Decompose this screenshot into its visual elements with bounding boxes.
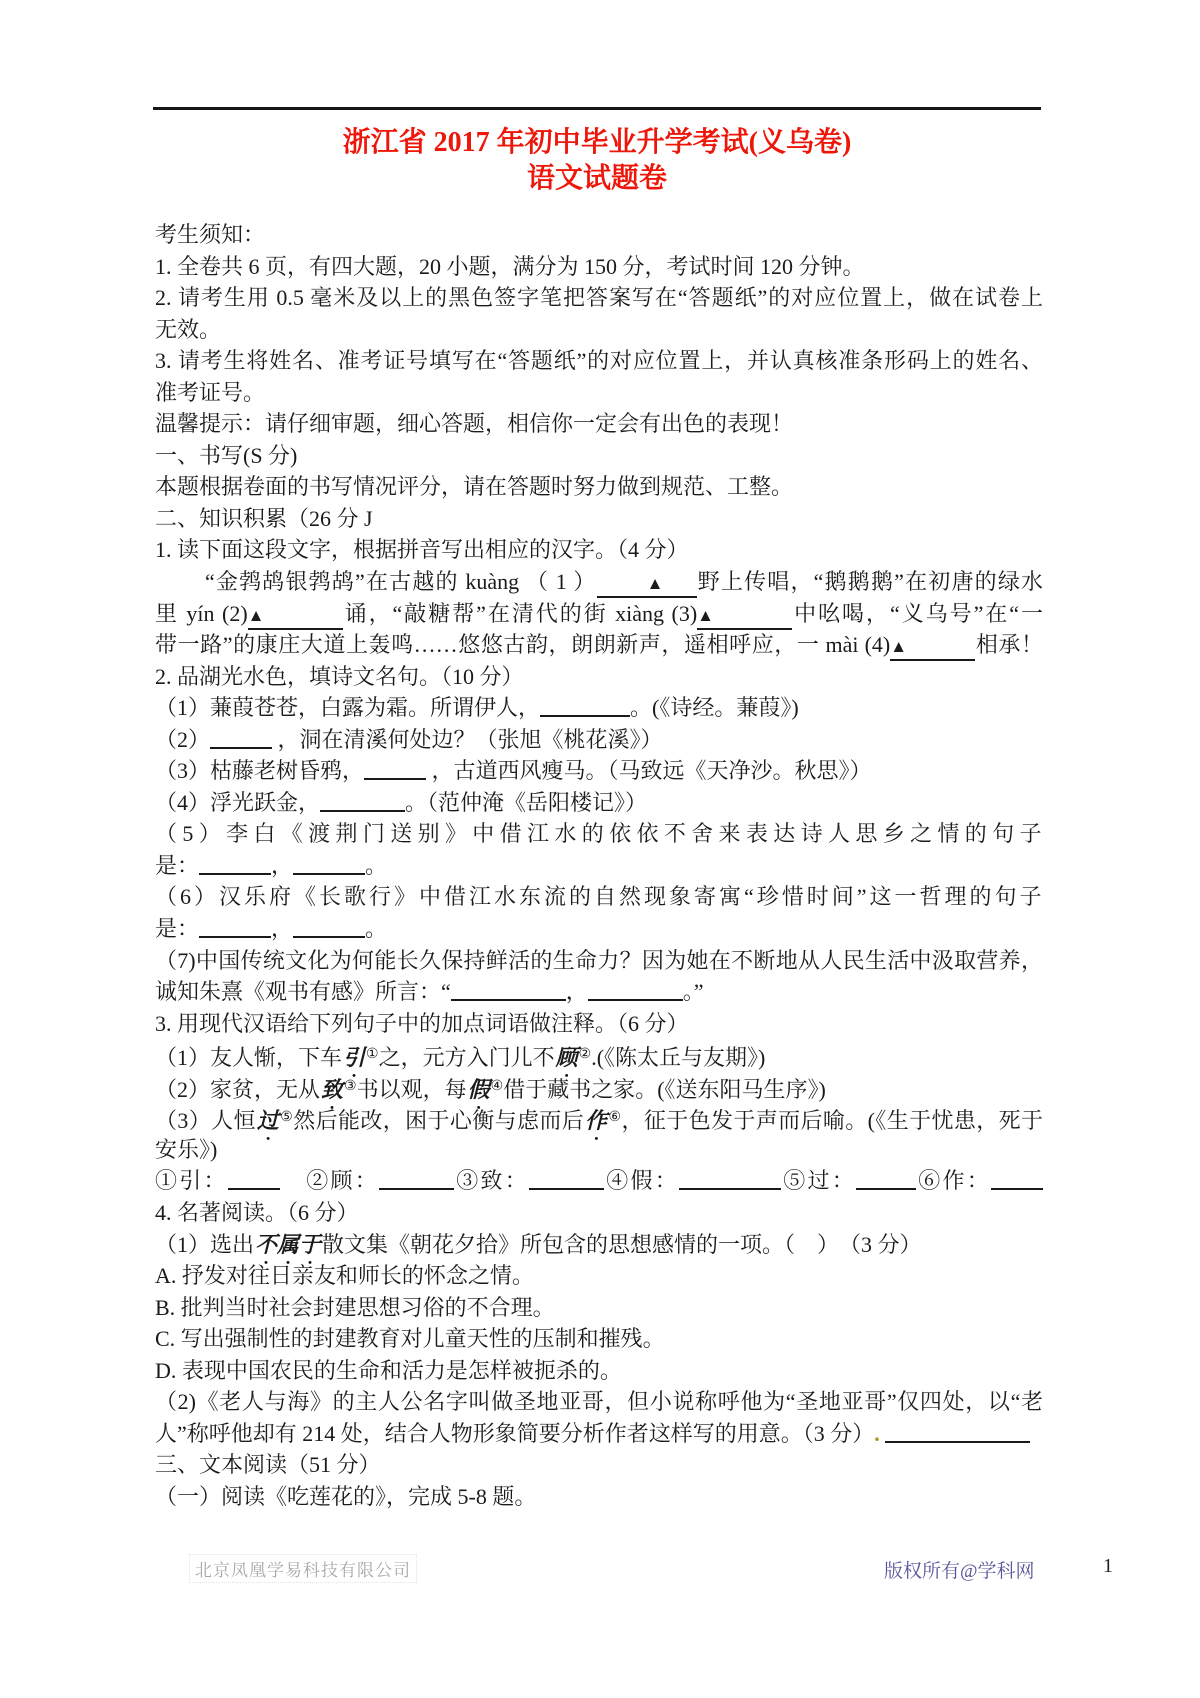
text-line: 1. 读下面这段文字，根据拼音写出相应的汉字。（4 分） <box>155 534 1043 566</box>
text-run: 无效。 <box>155 317 221 342</box>
text-run: 诵，“敲糖帮”在清代的街 xiàng (3) <box>343 601 698 626</box>
text-run: 1. 读下面这段文字，根据拼音写出相应的汉字。（4 分） <box>155 537 689 562</box>
text-run: 准考证号。 <box>155 380 265 405</box>
text-line: （3）枯藤老树昏鸦， ，古道西风瘦马。（马致远《天净沙。秋思》） <box>155 755 1043 787</box>
answer-blank <box>199 855 271 875</box>
text-run: ①引： <box>155 1168 228 1193</box>
page-number: 1 <box>1103 1555 1113 1578</box>
annotation-number: ⑥ <box>609 1110 622 1125</box>
text-run: ④假： <box>604 1168 679 1193</box>
answer-blank <box>856 1170 916 1190</box>
text-run: ， <box>271 916 293 941</box>
answer-blank <box>228 1170 280 1190</box>
text-line: （5）李白《渡荆门送别》中借江水的依依不舍来表达诗人思乡之情的句子 <box>155 818 1043 850</box>
copyright-watermark: 版权所有@学科网 <box>884 1556 1035 1583</box>
text-line: （1）选出不属于散文集《朝花夕拾》所包含的思想感情的一项。（ ） （3 分） <box>155 1229 1043 1261</box>
text-run: （一）阅读《吃莲花的》，完成 5-8 题。 <box>155 1484 536 1509</box>
text-run: 散文集《朝花夕拾》所包含的思想感情的一项。（ ） （3 分） <box>322 1232 922 1257</box>
text-run: （1）友人惭，下车 <box>155 1045 342 1070</box>
text-run: ，洞在清溪何处边？（张旭《桃花溪》） <box>272 727 663 752</box>
text-run: ②顾： <box>280 1168 379 1193</box>
emphasized-word: 作 <box>584 1108 608 1133</box>
text-line: （一）阅读《吃莲花的》，完成 5-8 题。 <box>155 1481 1043 1513</box>
annotation-number: ① <box>366 1047 379 1062</box>
text-line: “金鹁鸪银鹁鸪”在古越的 kuàng （ 1 ）▲野上传唱，“鹅鹅鹅”在初唐的绿… <box>155 566 1043 598</box>
text-run: 温馨提示：请仔细审题，细心答题，相信你一定会有出色的表现！ <box>155 411 793 436</box>
text-line: 温馨提示：请仔细审题，细心答题，相信你一定会有出色的表现！ <box>155 408 1043 440</box>
emphasized-word: 致 <box>320 1077 344 1102</box>
text-run: （1）蒹葭苍苍，白露为霜。所谓伊人， <box>155 695 540 720</box>
answer-blank <box>991 1170 1043 1190</box>
text-line: （7)中国传统文化为何能长久保持鲜活的生命力？因为她在不断地从人民生活中汲取营养… <box>155 945 1043 977</box>
text-line: 二、知识积累（26 分 J <box>155 503 1043 535</box>
text-line: 无效。 <box>155 314 1043 346</box>
text-run: 考生须知： <box>155 222 265 247</box>
annotation-number: ③ <box>344 1079 357 1094</box>
text-line: （3）人恒过⑤然后能改，困于心衡与虑而后作⑥，征于色发于声而后喻。(《生于忧患，… <box>155 1102 1043 1134</box>
text-run: ③致： <box>454 1168 529 1193</box>
text-run: C. 写出强制性的封建教育对儿童天性的压制和摧残。 <box>155 1326 665 1351</box>
text-line: 本题根据卷面的书写情况评分，请在答题时努力做到规范、工整。 <box>155 471 1043 503</box>
text-run: 借于藏书之家。(《送东阳马生序》) <box>503 1077 826 1102</box>
text-run: （6）汉乐府《长歌行》中借江水东流的自然现象寄寓“珍惜时间”这一哲理的句子 <box>155 884 1043 909</box>
text-run: 书以观，每 <box>357 1077 467 1102</box>
stray-mark: . <box>874 1421 885 1446</box>
emphasized-word: 过 <box>256 1108 280 1133</box>
answer-blank <box>320 792 405 812</box>
text-run: 之，元方入门儿不 <box>379 1045 555 1070</box>
text-run: （3）人恒 <box>155 1108 256 1133</box>
text-run: A. 抒发对往日亲友和师长的怀念之情。 <box>155 1263 534 1288</box>
answer-blank <box>588 981 683 1001</box>
text-line: 2. 请考生用 0.5 毫米及以上的黑色签字笔把答案写在“答题纸”的对应位置上，… <box>155 282 1043 314</box>
text-line: 1. 全卷共 6 页，有四大题，20 小题，满分为 150 分，考试时间 120… <box>155 251 1043 283</box>
text-line: （1）蒹葭苍苍，白露为霜。所谓伊人，。(《诗经。蒹葭》) <box>155 692 1043 724</box>
exam-paper-page: 浙江省 2017 年初中毕业升学考试(义乌卷) 语文试题卷 考生须知：1. 全卷… <box>0 0 1200 1698</box>
text-run: （4）浮光跃金， <box>155 790 320 815</box>
text-run: 一、书写(S 分) <box>155 443 297 468</box>
text-run: （3）枯藤老树昏鸦， <box>155 758 364 783</box>
annotation-number: ⑤ <box>280 1110 293 1125</box>
text-line: 里 yín (2)▲诵，“敲糖帮”在清代的街 xiàng (3)▲中吆喝，“义乌… <box>155 598 1043 630</box>
text-line: （2）家贫，无从致③书以观，每假④借于藏书之家。(《送东阳马生序》) <box>155 1071 1043 1103</box>
answer-blank <box>451 981 566 1001</box>
text-run: 本题根据卷面的书写情况评分，请在答题时努力做到规范、工整。 <box>155 474 793 499</box>
text-line: 人”称呼他却有 214 处，结合人物形象简要分析作者这样写的用意。（3 分）. <box>155 1418 1043 1450</box>
text-run: 3. 用现代汉语给下列句子中的加点词语做注释。（6 分） <box>155 1011 689 1036</box>
answer-blank: ▲ <box>597 571 697 598</box>
answer-blank: ▲ <box>697 603 792 630</box>
text-line: 考生须知： <box>155 219 1043 251</box>
text-run: 。 <box>365 916 387 941</box>
text-run: 3. 请考生将姓名、准考证号填写在“答题纸”的对应位置上，并认真核准条形码上的姓… <box>155 348 1043 373</box>
text-run: D. 表现中国农民的生命和活力是怎样被扼杀的。 <box>155 1358 622 1383</box>
exam-body-text: 考生须知：1. 全卷共 6 页，有四大题，20 小题，满分为 150 分，考试时… <box>155 219 1043 1512</box>
text-run: 带一路”的康庄大道上轰鸣……悠悠古韵，朗朗新声，遥相呼应，一 mài (4) <box>155 632 890 657</box>
publisher-watermark: 北京凤凰学易科技有限公司 <box>189 1554 417 1583</box>
annotation-number: ② <box>579 1047 592 1062</box>
text-line: （2)《老人与海》的主人公名字叫做圣地亚哥，但小说称呼他为“圣地亚哥”仅四处，以… <box>155 1386 1043 1418</box>
text-run: （5）李白《渡荆门送别》中借江水的依依不舍来表达诗人思乡之情的句子 <box>155 821 1043 846</box>
text-line: 带一路”的康庄大道上轰鸣……悠悠古韵，朗朗新声，遥相呼应，一 mài (4)▲相… <box>155 629 1043 661</box>
text-run: （2） <box>155 727 210 752</box>
text-run: （2）家贫，无从 <box>155 1077 320 1102</box>
text-line: 是：，。 <box>155 913 1043 945</box>
text-run: ，古道西风瘦马。（马致远《天净沙。秋思》） <box>426 758 872 783</box>
text-line: （2） ，洞在清溪何处边？（张旭《桃花溪》） <box>155 724 1043 756</box>
text-run: 2. 品湖光水色，填诗文名句。（10 分） <box>155 664 524 689</box>
text-run: 二、知识积累（26 分 J <box>155 506 373 531</box>
text-run: 2. 请考生用 0.5 毫米及以上的黑色签字笔把答案写在“答题纸”的对应位置上，… <box>155 285 1043 310</box>
text-line: 是：，。 <box>155 850 1043 882</box>
text-line: ①引： ②顾：③致：④假：⑤过：⑥作： <box>155 1165 1043 1197</box>
text-line: 4. 名著阅读。（6 分） <box>155 1197 1043 1229</box>
text-run: （7)中国传统文化为何能长久保持鲜活的生命力？因为她在不断地从人民生活中汲取营养… <box>155 948 1043 973</box>
text-run: （1）选出 <box>155 1232 254 1257</box>
emphasized-word: 引 <box>342 1045 366 1070</box>
answer-blank <box>379 1170 454 1190</box>
emphasized-word: 顾 <box>555 1045 579 1070</box>
text-run: 。（范仲淹《岳阳楼记》） <box>405 790 647 815</box>
text-run: 三、文本阅读（51 分） <box>155 1452 381 1477</box>
answer-blank <box>199 918 271 938</box>
answer-blank <box>293 918 365 938</box>
text-line: （6）汉乐府《长歌行》中借江水东流的自然现象寄寓“珍惜时间”这一哲理的句子 <box>155 881 1043 913</box>
text-line: 三、文本阅读（51 分） <box>155 1449 1043 1481</box>
text-run: （2)《老人与海》的主人公名字叫做圣地亚哥，但小说称呼他为“圣地亚哥”仅四处，以… <box>155 1389 1043 1414</box>
text-run: 4. 名著阅读。（6 分） <box>155 1200 359 1225</box>
answer-blank <box>885 1423 1030 1443</box>
text-line: 3. 用现代汉语给下列句子中的加点词语做注释。（6 分） <box>155 1008 1043 1040</box>
exam-title-line1: 浙江省 2017 年初中毕业升学考试(义乌卷) <box>153 125 1041 161</box>
text-run: 里 yín (2) <box>155 601 248 626</box>
answer-blank <box>364 760 426 780</box>
text-line: 2. 品湖光水色，填诗文名句。（10 分） <box>155 661 1043 693</box>
emphasized-word: 假 <box>467 1077 491 1102</box>
text-run: 。(《诗经。蒹葭》) <box>630 695 799 720</box>
text-run: “金鹁鸪银鹁鸪”在古越的 kuàng （ 1 ） <box>205 569 597 594</box>
text-run: 。” <box>683 979 704 1004</box>
text-line: C. 写出强制性的封建教育对儿童天性的压制和摧残。 <box>155 1323 1043 1355</box>
text-line: 诚知朱熹《观书有感》所言：“，。” <box>155 976 1043 1008</box>
text-line: B. 批判当时社会封建思想习俗的不合理。 <box>155 1292 1043 1324</box>
header-rule <box>153 107 1041 110</box>
text-run: 是： <box>155 853 199 878</box>
text-run: ⑤过： <box>781 1168 856 1193</box>
text-line: 安乐》) <box>155 1134 1043 1166</box>
text-run: 是： <box>155 916 199 941</box>
emphasized-word: 不属于 <box>254 1232 322 1257</box>
text-run: 中吆喝，“义乌号”在“一 <box>792 601 1043 626</box>
answer-blank <box>679 1170 781 1190</box>
annotation-number: ④ <box>491 1079 504 1094</box>
text-run: ， <box>566 979 588 1004</box>
text-line: 3. 请考生将姓名、准考证号填写在“答题纸”的对应位置上，并认真核准条形码上的姓… <box>155 345 1043 377</box>
text-run: ，征于色发于声而后喻。(《生于忧患，死于 <box>621 1108 1043 1133</box>
text-line: A. 抒发对往日亲友和师长的怀念之情。 <box>155 1260 1043 1292</box>
text-run: ， <box>271 853 293 878</box>
text-line: （4）浮光跃金，。（范仲淹《岳阳楼记》） <box>155 787 1043 819</box>
text-run: 然后能改，困于心衡与虑而后 <box>293 1108 584 1133</box>
answer-blank <box>540 697 630 717</box>
exam-title-line2: 语文试题卷 <box>153 161 1041 197</box>
answer-blank <box>210 729 272 749</box>
text-line: D. 表现中国农民的生命和活力是怎样被扼杀的。 <box>155 1355 1043 1387</box>
text-run: .(《陈太丘与友期》) <box>591 1045 765 1070</box>
text-line: 一、书写(S 分) <box>155 440 1043 472</box>
text-run: 人”称呼他却有 214 处，结合人物形象简要分析作者这样写的用意。（3 分） <box>155 1421 874 1446</box>
text-run: 野上传唱，“鹅鹅鹅”在初唐的绿水 <box>697 569 1043 594</box>
text-line: （1）友人惭，下车引①之，元方入门儿不顾②.(《陈太丘与友期》) <box>155 1039 1043 1071</box>
text-run: 安乐》) <box>155 1137 217 1162</box>
text-run: 1. 全卷共 6 页，有四大题，20 小题，满分为 150 分，考试时间 120… <box>155 254 865 279</box>
text-run: ⑥作： <box>916 1168 991 1193</box>
answer-blank <box>529 1170 604 1190</box>
text-line: 准考证号。 <box>155 377 1043 409</box>
answer-blank: ▲ <box>248 603 343 630</box>
text-run: 诚知朱熹《观书有感》所言：“ <box>155 979 451 1004</box>
answer-blank: ▲ <box>890 634 975 661</box>
text-run: 相承！ <box>975 632 1043 657</box>
text-run: 。 <box>365 853 387 878</box>
text-run: B. 批判当时社会封建思想习俗的不合理。 <box>155 1295 555 1320</box>
answer-blank <box>293 855 365 875</box>
